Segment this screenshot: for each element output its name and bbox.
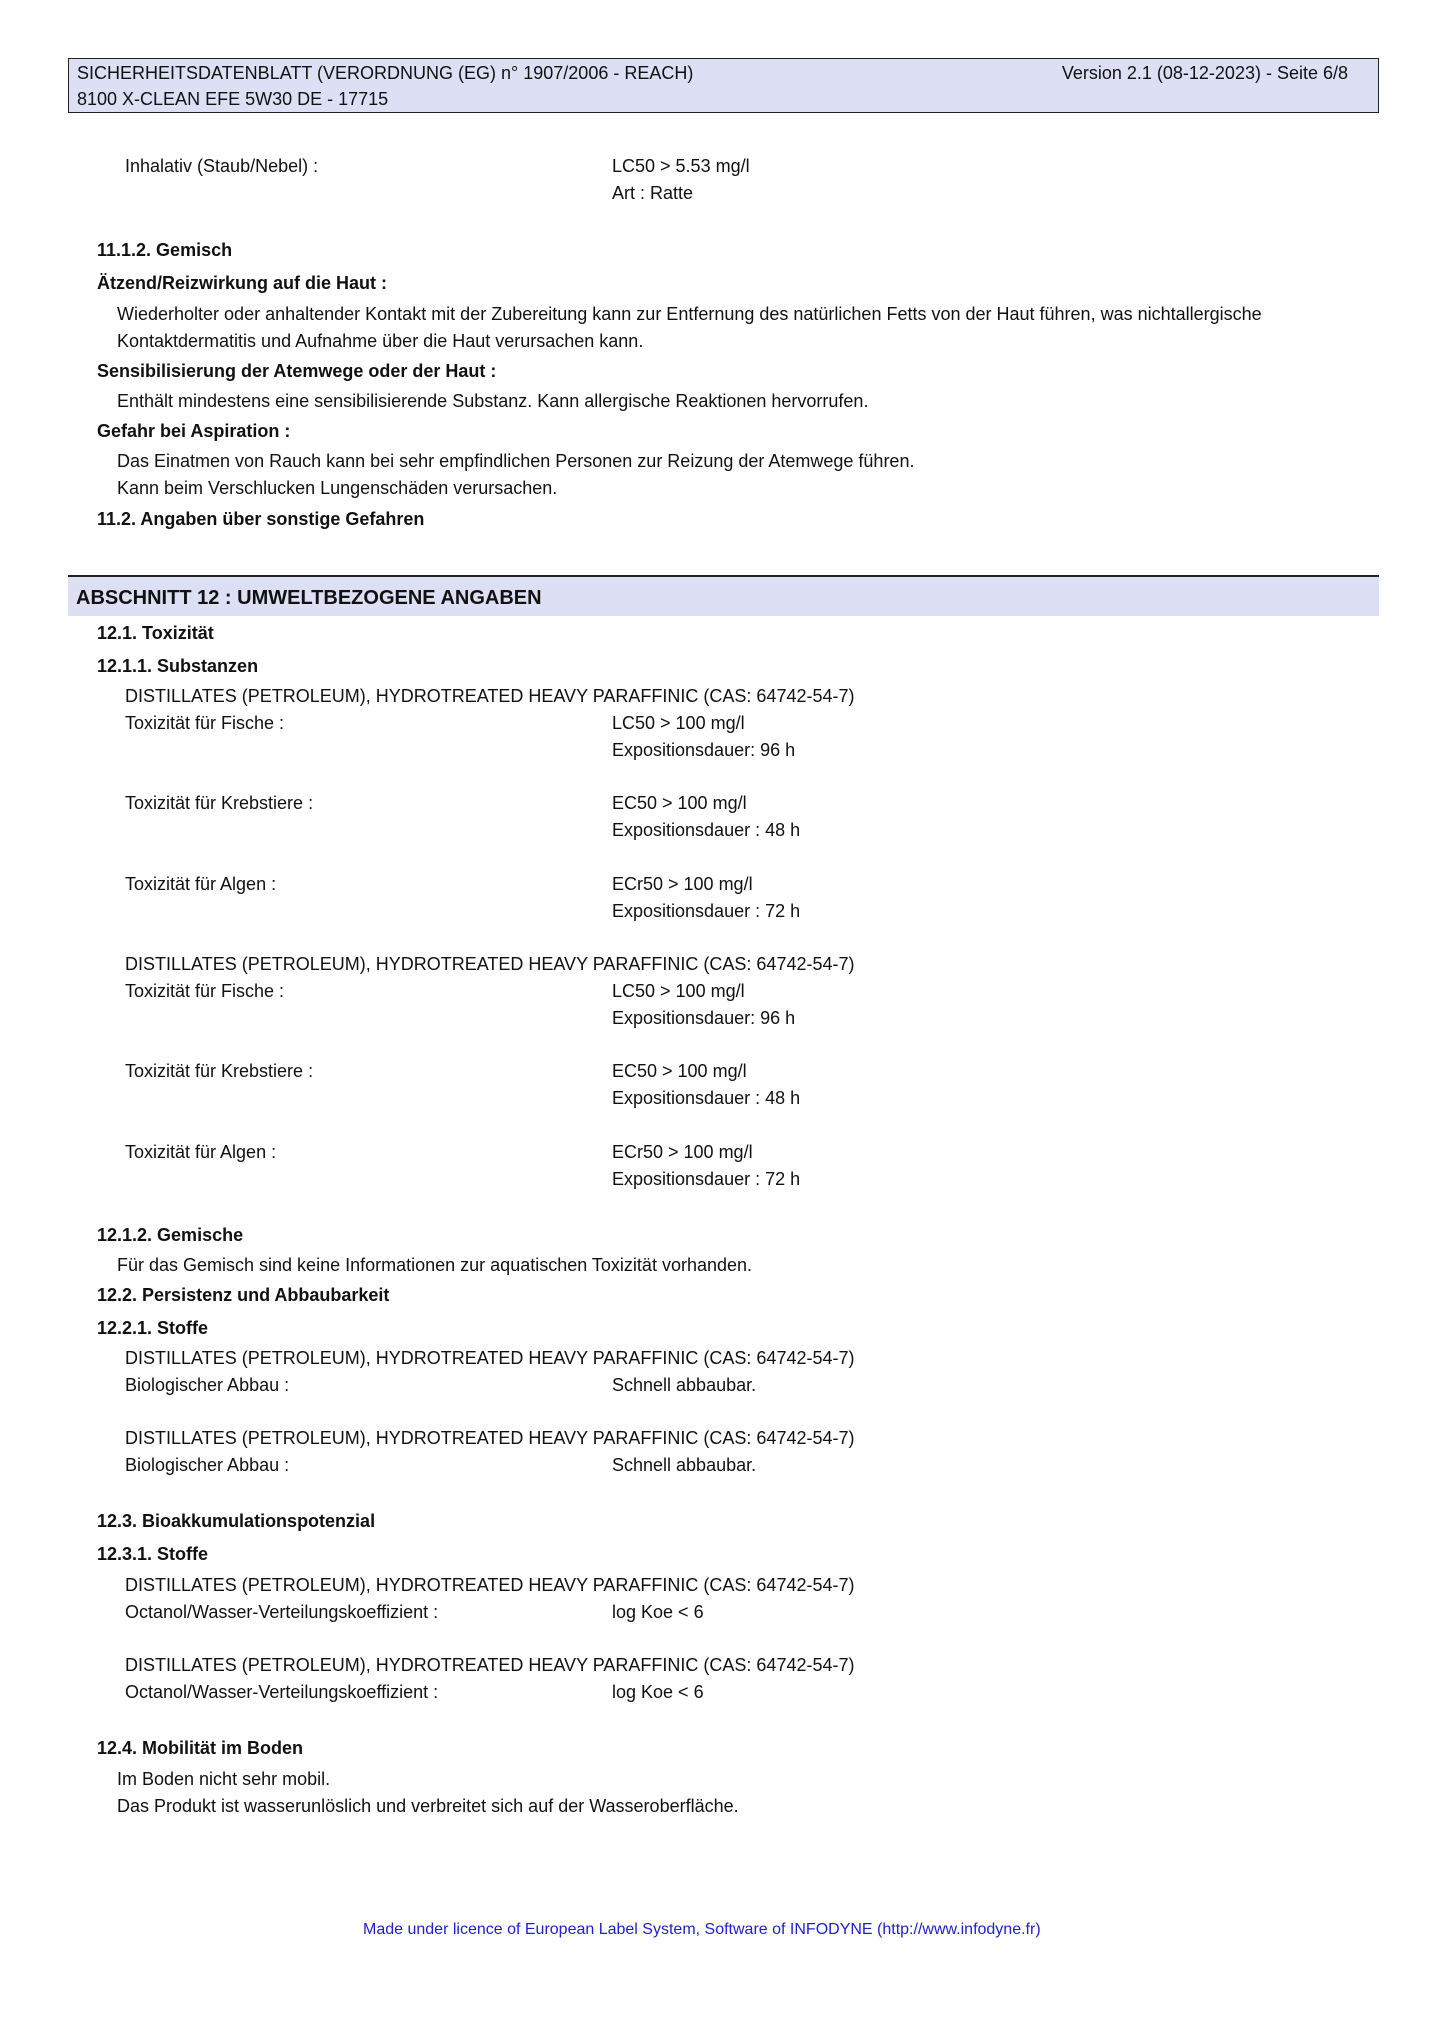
tox-value: LC50 > 100 mg/l (612, 714, 745, 732)
tox-label: Toxizität für Fische : (125, 714, 284, 732)
skin-text-2: Kontaktdermatitis und Aufnahme über die … (117, 332, 643, 350)
tox-duration: Expositionsdauer : 72 h (612, 1170, 800, 1188)
partition-coefficient-label: Octanol/Wasser-Verteilungskoeffizient : (125, 1683, 438, 1701)
heading-12-2: 12.2. Persistenz und Abbaubarkeit (97, 1286, 389, 1304)
substance-name: DISTILLATES (PETROLEUM), HYDROTREATED HE… (125, 1656, 855, 1674)
heading-12-3-1: 12.3.1. Stoffe (97, 1545, 208, 1563)
biodegradation-value: Schnell abbaubar. (612, 1456, 756, 1474)
sensitisation-heading: Sensibilisierung der Atemwege oder der H… (97, 362, 496, 380)
sensitisation-text: Enthält mindestens eine sensibilisierend… (117, 392, 868, 410)
substance-name: DISTILLATES (PETROLEUM), HYDROTREATED HE… (125, 1429, 855, 1447)
substance-name: DISTILLATES (PETROLEUM), HYDROTREATED HE… (125, 1349, 855, 1367)
mixture-toxicity-text: Für das Gemisch sind keine Informationen… (117, 1256, 752, 1274)
biodegradation-value: Schnell abbaubar. (612, 1376, 756, 1394)
tox-value: EC50 > 100 mg/l (612, 1062, 747, 1080)
heading-11-1-2: 11.1.2. Gemisch (97, 241, 232, 259)
section-12-title: ABSCHNITT 12 : UMWELTBEZOGENE ANGABEN (76, 588, 542, 608)
inhalation-value: LC50 > 5.53 mg/l (612, 157, 750, 175)
substance-name: DISTILLATES (PETROLEUM), HYDROTREATED HE… (125, 687, 855, 705)
heading-12-1-2: 12.1.2. Gemische (97, 1226, 243, 1244)
tox-value: ECr50 > 100 mg/l (612, 1143, 753, 1161)
tox-duration: Expositionsdauer : 48 h (612, 1089, 800, 1107)
inhalation-label: Inhalativ (Staub/Nebel) : (125, 157, 318, 175)
heading-12-1-1: 12.1.1. Substanzen (97, 657, 258, 675)
section-12-bar: ABSCHNITT 12 : UMWELTBEZOGENE ANGABEN (68, 575, 1379, 616)
tox-label: Toxizität für Fische : (125, 982, 284, 1000)
mobility-text-2: Das Produkt ist wasserunlöslich und verb… (117, 1797, 739, 1815)
substance-name: DISTILLATES (PETROLEUM), HYDROTREATED HE… (125, 1576, 855, 1594)
heading-12-1: 12.1. Toxizität (97, 624, 214, 642)
partition-coefficient-value: log Koe < 6 (612, 1603, 704, 1621)
tox-label: Toxizität für Krebstiere : (125, 794, 313, 812)
inhalation-species: Art : Ratte (612, 184, 693, 202)
mobility-text-1: Im Boden nicht sehr mobil. (117, 1770, 330, 1788)
heading-12-4: 12.4. Mobilität im Boden (97, 1739, 303, 1757)
tox-label: Toxizität für Algen : (125, 875, 276, 893)
partition-coefficient-label: Octanol/Wasser-Verteilungskoeffizient : (125, 1603, 438, 1621)
document-header: SICHERHEITSDATENBLATT (VERORDNUNG (EG) n… (68, 58, 1379, 113)
skin-text-1: Wiederholter oder anhaltender Kontakt mi… (117, 305, 1262, 323)
skin-heading: Ätzend/Reizwirkung auf die Haut : (97, 274, 387, 292)
aspiration-text-2: Kann beim Verschlucken Lungenschäden ver… (117, 479, 557, 497)
footer-licence-link[interactable]: Made under licence of European Label Sys… (363, 1922, 1041, 1938)
partition-coefficient-value: log Koe < 6 (612, 1683, 704, 1701)
tox-value: LC50 > 100 mg/l (612, 982, 745, 1000)
heading-12-2-1: 12.2.1. Stoffe (97, 1319, 208, 1337)
tox-duration: Expositionsdauer : 72 h (612, 902, 800, 920)
header-title: SICHERHEITSDATENBLATT (VERORDNUNG (EG) n… (77, 64, 693, 82)
tox-value: ECr50 > 100 mg/l (612, 875, 753, 893)
aspiration-text-1: Das Einatmen von Rauch kann bei sehr emp… (117, 452, 914, 470)
tox-duration: Expositionsdauer: 96 h (612, 741, 795, 759)
heading-12-3: 12.3. Bioakkumulationspotenzial (97, 1512, 375, 1530)
heading-11-2: 11.2. Angaben über sonstige Gefahren (97, 510, 424, 528)
tox-label: Toxizität für Krebstiere : (125, 1062, 313, 1080)
aspiration-heading: Gefahr bei Aspiration : (97, 422, 290, 440)
biodegradation-label: Biologischer Abbau : (125, 1376, 289, 1394)
header-product: 8100 X-CLEAN EFE 5W30 DE - 17715 (77, 90, 388, 108)
biodegradation-label: Biologischer Abbau : (125, 1456, 289, 1474)
tox-duration: Expositionsdauer : 48 h (612, 821, 800, 839)
tox-label: Toxizität für Algen : (125, 1143, 276, 1161)
tox-value: EC50 > 100 mg/l (612, 794, 747, 812)
substance-name: DISTILLATES (PETROLEUM), HYDROTREATED HE… (125, 955, 855, 973)
tox-duration: Expositionsdauer: 96 h (612, 1009, 795, 1027)
header-version: Version 2.1 (08-12-2023) - Seite 6/8 (1062, 64, 1348, 82)
